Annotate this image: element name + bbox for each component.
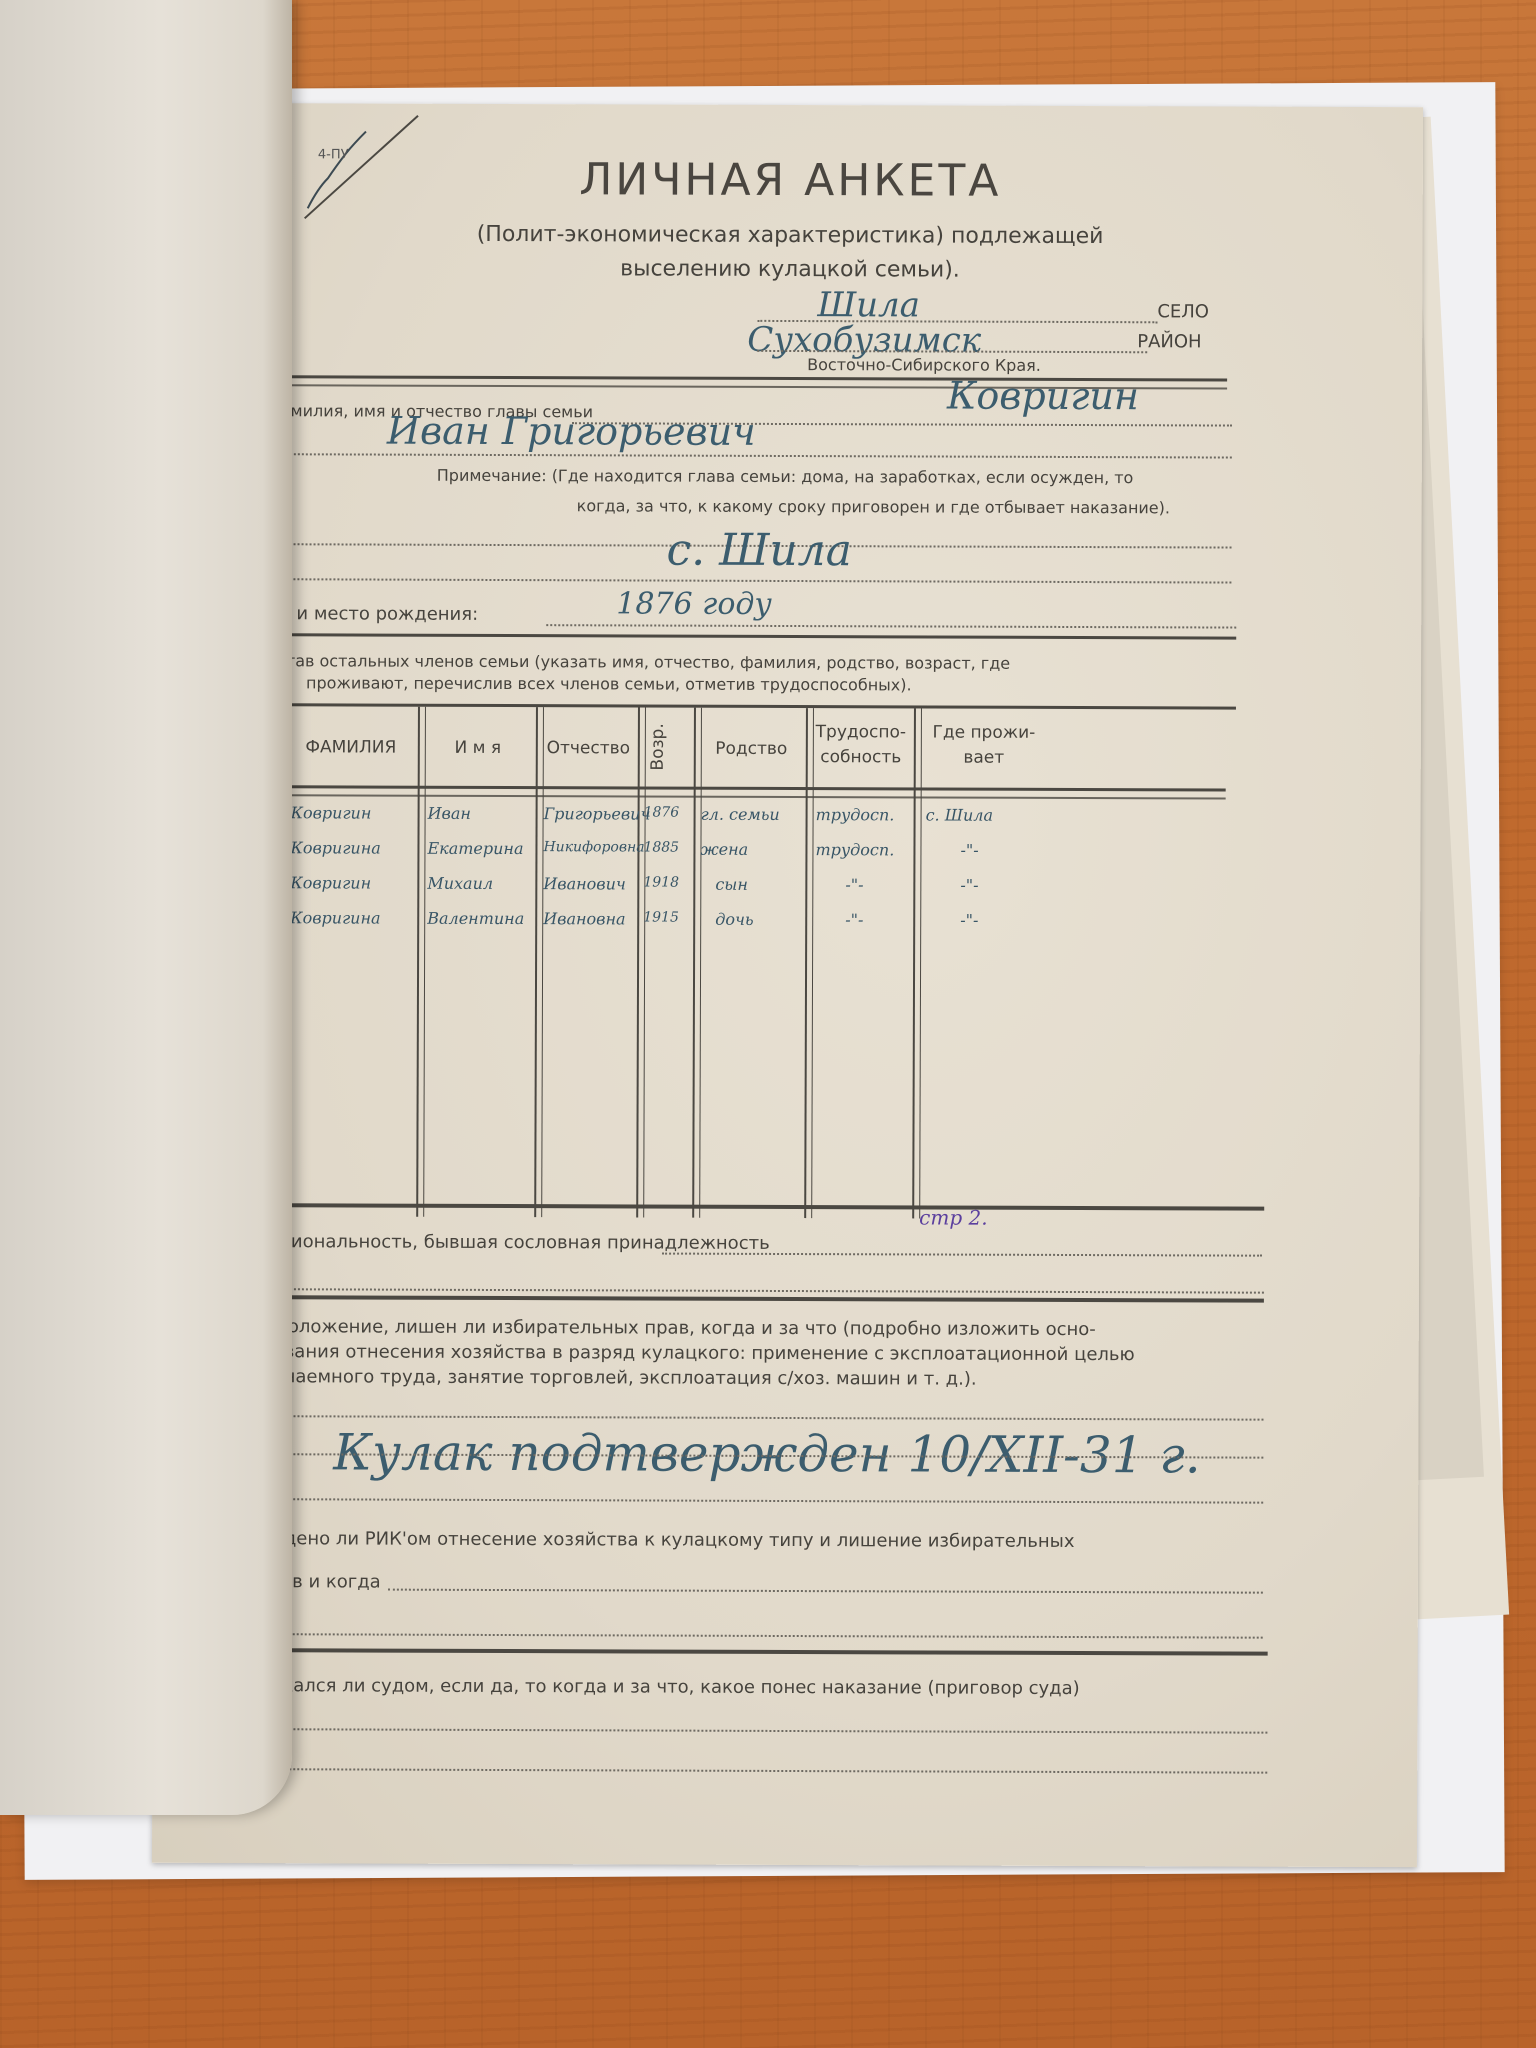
field-line (229, 1288, 1264, 1294)
social-status-label-3: наемного труда, занятие торговлей, экспл… (284, 1366, 977, 1389)
col-header-patronymic: Отчество (541, 736, 636, 761)
social-status-label-2: вания отнесения хозяйства в разряд кулац… (284, 1341, 1135, 1365)
rik-approval-label-1: Утверждено ли РИК'ом отнесение хозяйства… (213, 1528, 1075, 1552)
village-label: СЕЛО (1157, 301, 1209, 322)
field-line (202, 1728, 1267, 1734)
head-surname-value: Ковригин (947, 374, 1139, 419)
cell-age: 1876 (644, 804, 680, 820)
head-name-value: Иван Григорьевич (387, 409, 756, 454)
cell-surname: Ковригина (290, 838, 380, 857)
cell-name: Екатерина (427, 839, 523, 858)
cell-surname: Ковригина (290, 908, 380, 927)
cell-relation: гл. семьи (701, 805, 780, 824)
cell-name: Валентина (427, 909, 524, 928)
court-record-label: Привлекался ли судом, если да, то когда … (213, 1675, 1080, 1699)
section-divider (194, 1203, 1264, 1211)
col-header-ability: Трудоспо-собность (811, 720, 911, 770)
nationality-label: Национальность, бывшая сословная принадл… (254, 1231, 770, 1254)
cell-patronymic: Никифоровна (543, 839, 644, 855)
cell-ability: трудосп. (816, 805, 895, 824)
family-composition-label-1: Состав остальных членов семьи (указать и… (256, 651, 1010, 673)
cell-patronymic: Ивановна (543, 909, 625, 928)
cell-residence: с. Шила (926, 805, 993, 824)
section-divider (173, 1648, 1268, 1656)
field-line (262, 453, 1232, 458)
cell-residence: -"- (960, 911, 978, 930)
field-line (218, 1415, 1263, 1421)
family-composition-label-2: проживают, перечислив всех членов семьи,… (306, 673, 912, 694)
cell-residence: -"- (960, 841, 978, 860)
page-title: ЛИЧНАЯ АНКЕТА (158, 153, 1423, 208)
cell-relation: сын (715, 875, 748, 894)
cell-ability: -"- (845, 910, 863, 929)
cell-age: 1915 (643, 909, 679, 925)
note-line-1: Примечание: (Где находится глава семьи: … (437, 466, 1134, 487)
section-divider (206, 633, 1236, 640)
cell-patronymic: Григорьевич (544, 804, 651, 823)
field-line (202, 1768, 1267, 1774)
district-label: РАЙОН (1137, 331, 1201, 352)
cell-age: 1918 (643, 874, 679, 890)
subtitle-line-2: выселению кулацкой семьи). (157, 255, 1422, 284)
cell-relation: дочь (715, 910, 754, 929)
table-col-divider (912, 708, 922, 1218)
krai-label: Восточно-Сибирского Края. (807, 355, 1041, 375)
subtitle-line-1: (Полит-экономическая характеристика) под… (158, 221, 1423, 250)
cell-name: Михаил (427, 874, 493, 893)
table-top-border (246, 703, 1236, 709)
field-line (546, 624, 1236, 628)
cell-surname: Ковригин (291, 803, 372, 822)
field-line (218, 1498, 1263, 1504)
note-line-2: когда, за что, к какому сроку приговорен… (577, 496, 1170, 517)
cell-ability: трудосп. (815, 840, 894, 859)
col-header-surname: ФАМИЛИЯ (286, 735, 416, 760)
cell-surname: Ковригин (290, 873, 371, 892)
table-col-divider (636, 707, 646, 1217)
personal-questionnaire-page: 4-ПУ ЛИЧНАЯ АНКЕТА (Полит-экономическая … (152, 103, 1423, 1867)
facing-book-page (0, 0, 292, 1815)
col-header-age: Возр. (646, 717, 686, 777)
table-col-divider (534, 707, 544, 1217)
field-line (662, 1253, 1262, 1257)
table-col-divider (692, 708, 702, 1218)
head-location-value: с. Шила (666, 525, 852, 577)
cell-relation: жена (700, 840, 748, 859)
cell-name: Иван (428, 804, 471, 823)
field-line (388, 1589, 1263, 1594)
section-divider (184, 1295, 1264, 1303)
cell-patronymic: Иванович (543, 874, 626, 893)
cell-age: 1885 (643, 839, 679, 855)
col-header-relation: Родство (699, 737, 804, 762)
field-line (261, 578, 1231, 583)
col-header-name: И м я (423, 736, 533, 761)
margin-note-page-2: стр 2. (919, 1205, 988, 1229)
cell-residence: -"- (960, 876, 978, 895)
table-header-border (246, 785, 1226, 799)
table-col-divider (804, 708, 814, 1218)
birth-value: 1876 году (616, 586, 772, 622)
cell-ability: -"- (845, 875, 863, 894)
table-col-divider (416, 707, 426, 1217)
social-status-label-1: Соц. положение, лишен ли избирательных п… (229, 1316, 1096, 1340)
field-line (208, 1633, 1263, 1639)
col-header-residence: Где прожи-вает (919, 720, 1049, 770)
